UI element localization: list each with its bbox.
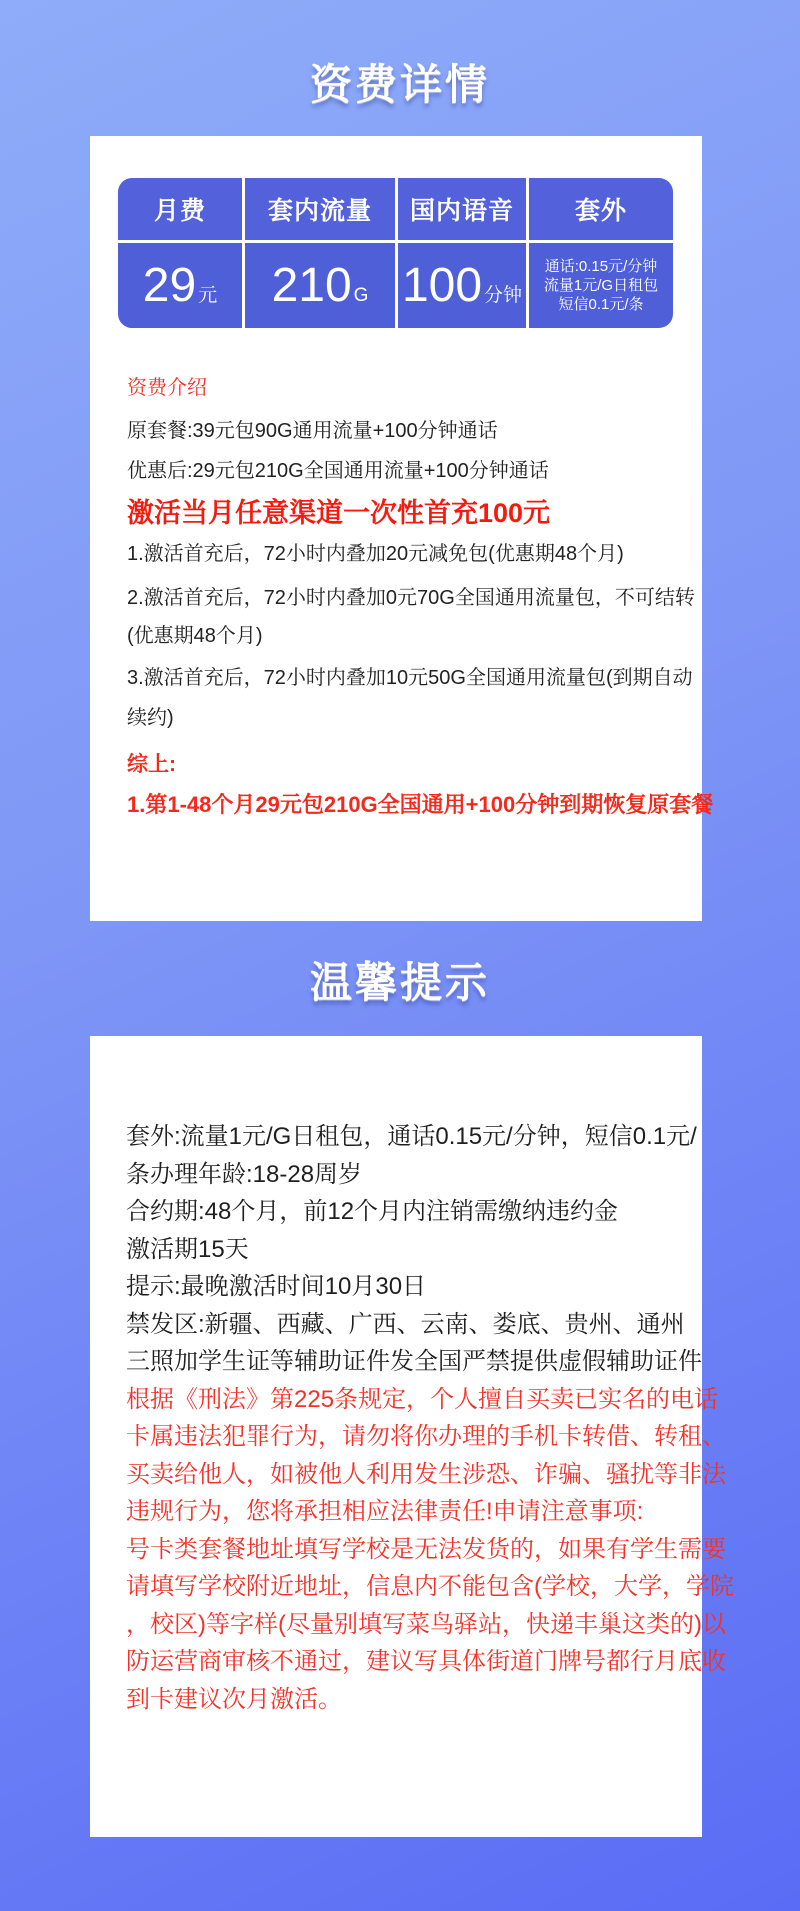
col-header-included-data: 套内流量 [245, 178, 395, 240]
out-of-plan-rates-cell: 通话:0.15元/分钟 流量1元/G日租包 短信0.1元/条 [529, 243, 673, 328]
rate-line-data: 流量1元/G日租包 [544, 276, 658, 295]
rule-line-2: 2.激活首充后，72小时内叠加0元70G全国通用流量包，不可结转 [127, 585, 695, 611]
rule-line-1: 1.激活首充后，72小时内叠加20元减免包(优惠期48个月) [127, 541, 624, 567]
original-plan-line: 原套餐:39元包90G通用流量+100分钟通话 [127, 418, 498, 444]
promo-page: 资费详情 月费 套内流量 国内语音 套外 29 元 210 G 100 [0, 0, 800, 1911]
tips-line-address: 号卡类套餐地址填写学校是无法发货的，如果有学生需要 [126, 1531, 671, 1569]
fee-intro-heading: 资费介绍 [127, 375, 207, 401]
tips-line: 激活期15天 [126, 1231, 671, 1269]
col-header-out-of-plan: 套外 [529, 178, 673, 240]
included-data-cell: 210 G [245, 243, 395, 328]
tips-line-legal: 卡属违法犯罪行为，请勿将你办理的手机卡转借、转租、 [126, 1418, 671, 1456]
rule-line-2-cont: (优惠期48个月) [127, 623, 263, 649]
tips-line: 套外:流量1元/G日租包，通话0.15元/分钟，短信0.1元/ [126, 1118, 671, 1156]
section-title-tips: 温馨提示 [0, 950, 800, 1010]
tips-text-block: 套外:流量1元/G日租包，通话0.15元/分钟，短信0.1元/ 条办理年龄:18… [126, 1118, 671, 1718]
tips-line: 合约期:48个月，前12个月内注销需缴纳违约金 [126, 1193, 671, 1231]
plan-table: 月费 套内流量 国内语音 套外 29 元 210 G 100 分钟 [118, 178, 673, 328]
section-title-fee-details: 资费详情 [0, 52, 800, 112]
monthly-fee-cell: 29 元 [118, 243, 242, 328]
rule-line-3-cont: 续约) [127, 705, 174, 731]
tips-card: 套外:流量1元/G日租包，通话0.15元/分钟，短信0.1元/ 条办理年龄:18… [90, 1036, 702, 1837]
tips-line: 条办理年龄:18-28周岁 [126, 1156, 671, 1194]
col-header-monthly-fee: 月费 [118, 178, 242, 240]
domestic-voice-value: 100 分钟 [402, 262, 522, 310]
fee-details-card: 月费 套内流量 国内语音 套外 29 元 210 G 100 分钟 [90, 136, 702, 921]
rate-line-call: 通话:0.15元/分钟 [545, 257, 658, 276]
summary-line: 1.第1-48个月29元包210G全国通用+100分钟到期恢复原套餐 [127, 791, 713, 820]
tips-line: 三照加学生证等辅助证件发全国严禁提供虚假辅助证件 [126, 1343, 671, 1381]
tips-line-address: 防运营商审核不通过，建议写具体街道门牌号都行月底收 [126, 1643, 671, 1681]
tips-line-legal: 根据《刑法》第225条规定，个人擅自买卖已实名的电话 [126, 1381, 671, 1419]
tips-line-address: 请填写学校附近地址，信息内不能包含(学校，大学，学院 [126, 1568, 671, 1606]
tips-line: 提示:最晚激活时间10月30日 [126, 1268, 671, 1306]
discounted-plan-line: 优惠后:29元包210G全国通用流量+100分钟通话 [127, 458, 549, 484]
summary-label: 综上: [127, 751, 176, 778]
tips-line-address: ，校区)等字样(尽量别填写菜鸟驿站，快递丰巢这类的)以 [126, 1606, 671, 1644]
rule-line-3: 3.激活首充后，72小时内叠加10元50G全国通用流量包(到期自动 [127, 665, 693, 691]
monthly-fee-value: 29 元 [143, 262, 217, 310]
col-header-domestic-voice: 国内语音 [398, 178, 526, 240]
tips-line: 禁发区:新疆、西藏、广西、云南、娄底、贵州、通州 [126, 1306, 671, 1344]
tips-line-legal: 买卖给他人，如被他人利用发生涉恐、诈骗、骚扰等非法 [126, 1456, 671, 1494]
rate-line-sms: 短信0.1元/条 [558, 295, 643, 314]
included-data-value: 210 G [272, 262, 369, 310]
tips-line-legal: 违规行为，您将承担相应法律责任!申请注意事项: [126, 1493, 671, 1531]
domestic-voice-cell: 100 分钟 [398, 243, 526, 328]
tips-line-address: 到卡建议次月激活。 [126, 1681, 671, 1719]
first-recharge-headline: 激活当月任意渠道一次性首充100元 [127, 496, 550, 531]
